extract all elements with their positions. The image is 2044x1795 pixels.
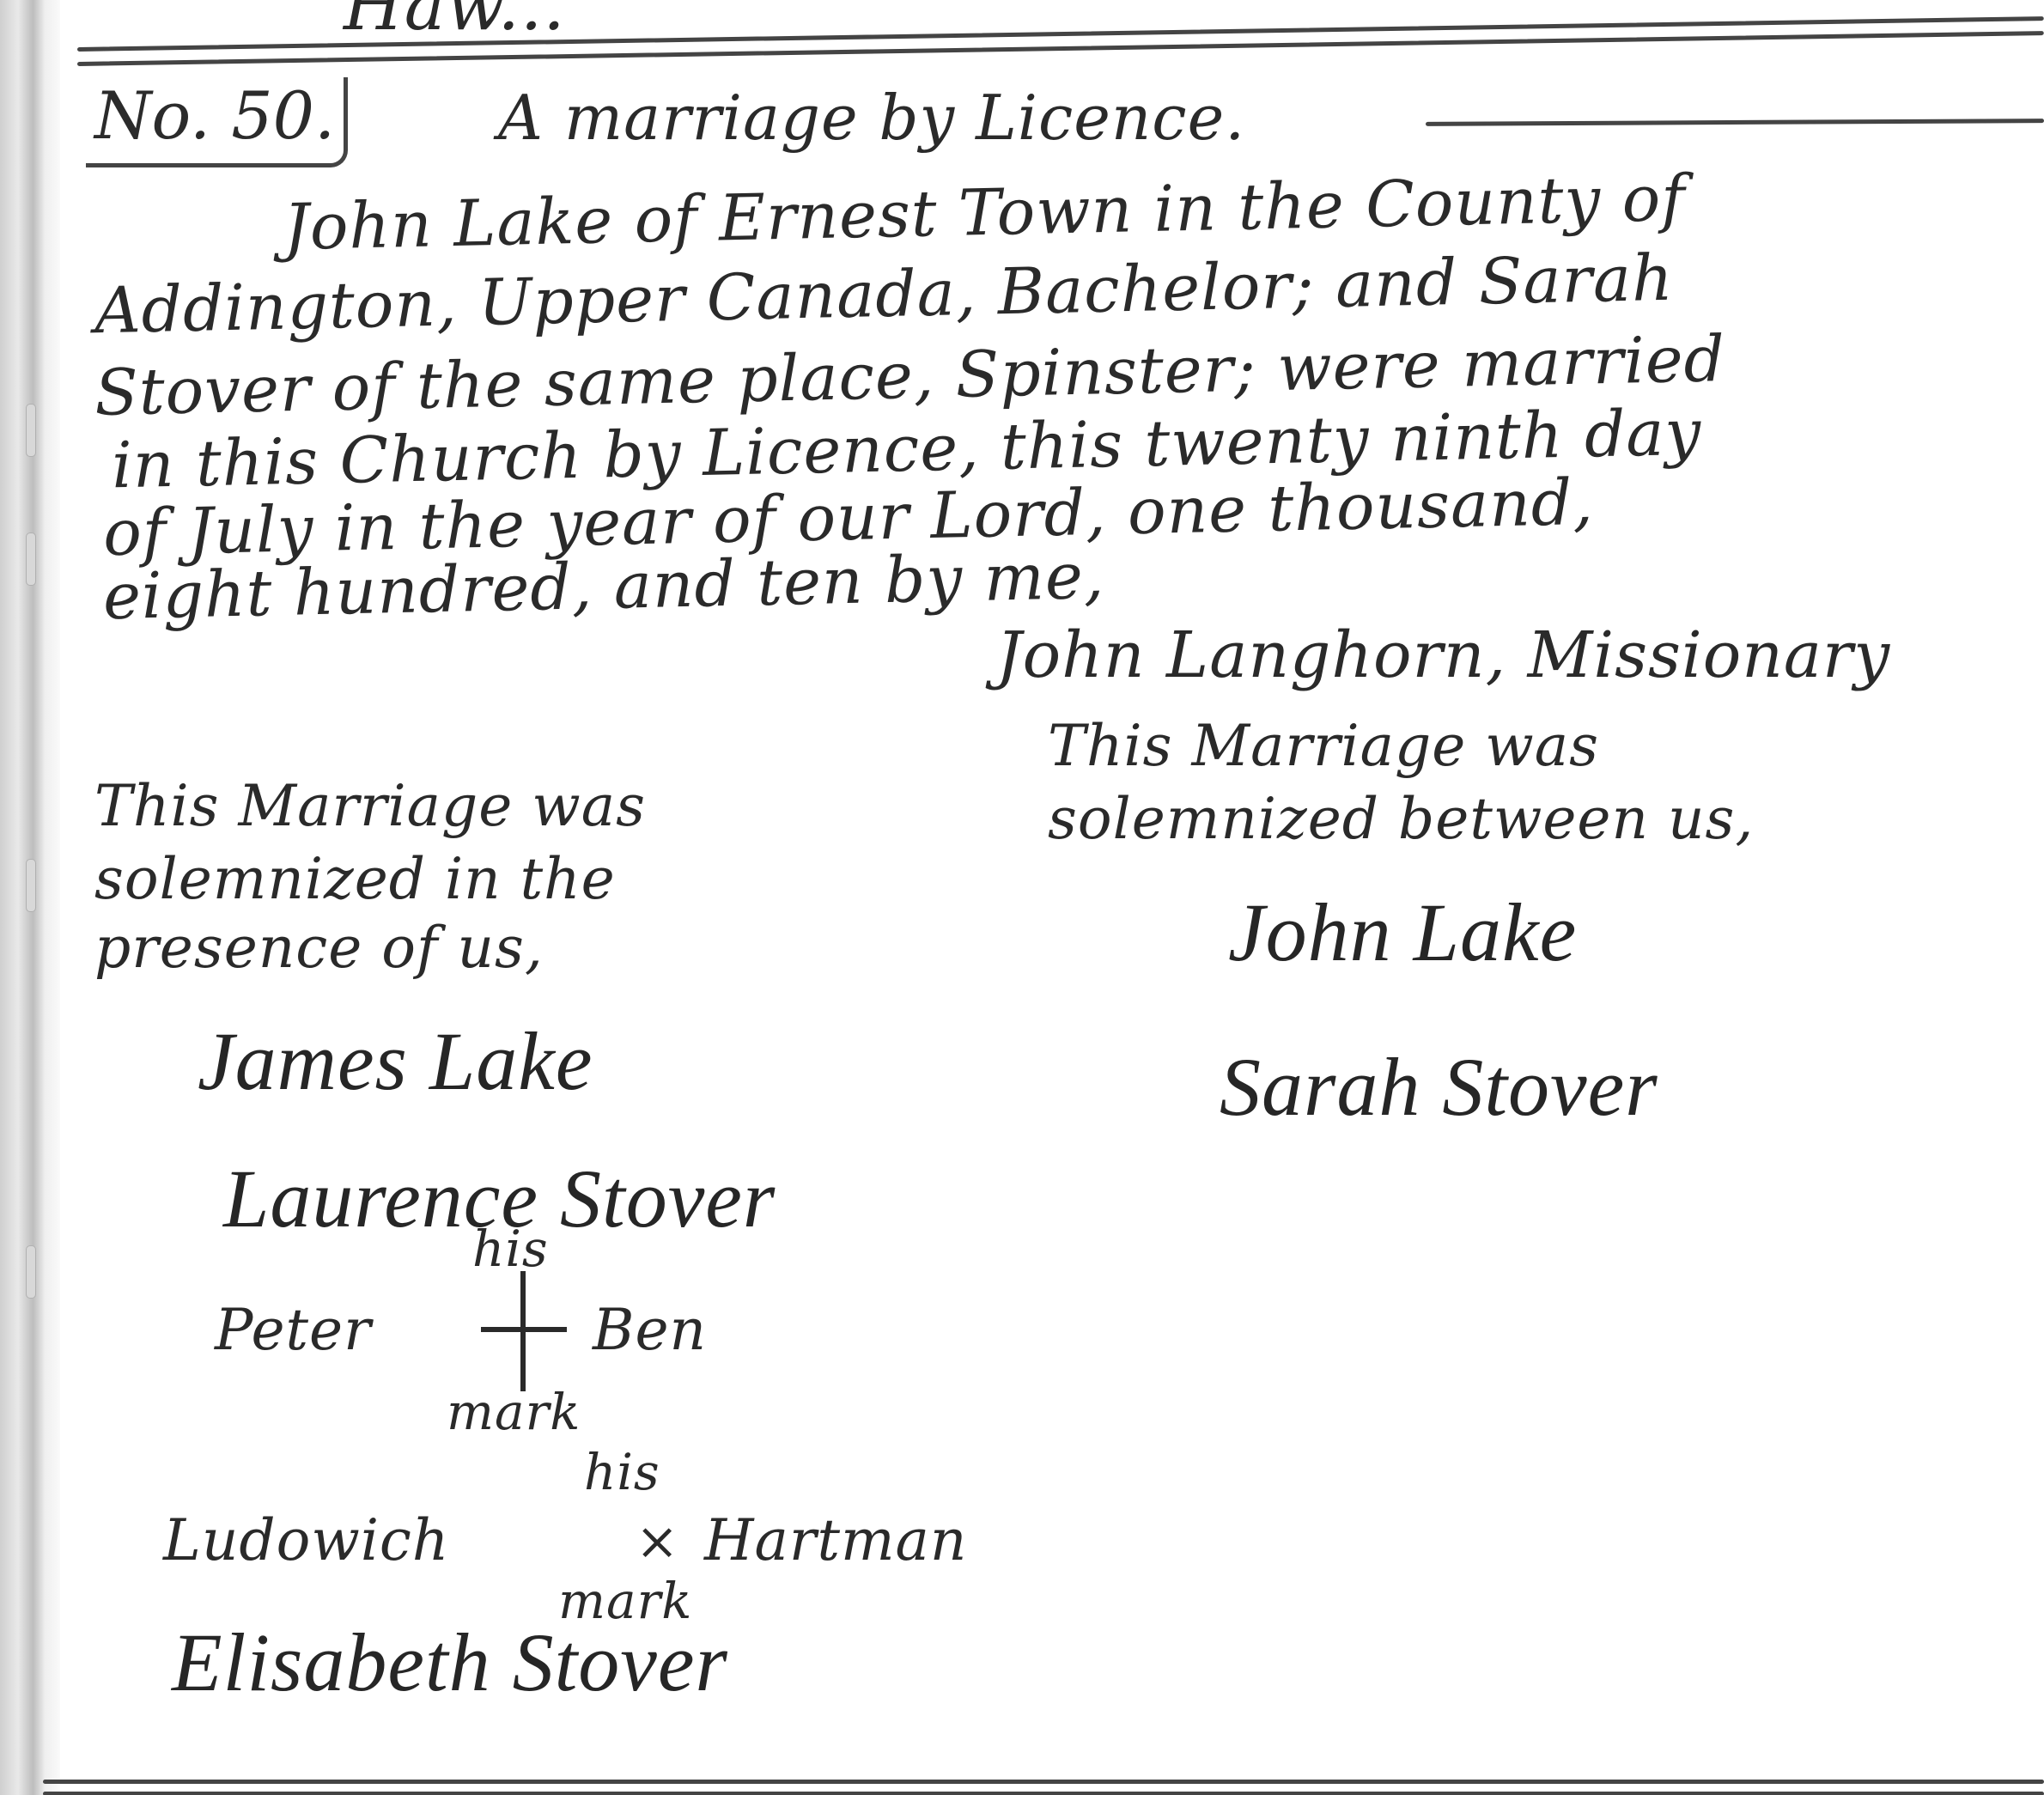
heading-rule <box>1426 119 2044 126</box>
parties-statement-line: solemnized between us, <box>1048 786 1754 852</box>
binding-stitch <box>26 1245 36 1299</box>
binding-stitch <box>26 532 36 586</box>
witness-last-name: Hartman <box>704 1507 967 1573</box>
parties-statement-line: This Marriage was <box>1048 713 1599 779</box>
previous-entry-fragment: Haw... <box>344 0 566 46</box>
bottom-rule <box>43 1780 2044 1784</box>
witness-statement-line: This Marriage was <box>94 773 646 839</box>
entry-number-box: No. 50. <box>86 77 348 167</box>
witness-first-name: Ludowich <box>163 1507 449 1573</box>
binding-stitch <box>26 859 36 912</box>
entry-heading: A marriage by Licence. <box>498 82 1245 154</box>
his-label: his <box>584 1443 660 1501</box>
x-mark-icon: × <box>636 1512 679 1572</box>
binding-stitch <box>26 404 36 457</box>
witness-signature: James Lake <box>198 1013 593 1109</box>
bride-signature: Sarah Stover <box>1220 1039 1658 1135</box>
bottom-rule-second <box>43 1792 2044 1795</box>
his-label: his <box>472 1220 549 1278</box>
witness-signature: Elisabeth Stover <box>172 1615 728 1710</box>
witness-last-name: Ben <box>593 1297 707 1363</box>
cross-mark-icon-bar <box>481 1327 567 1332</box>
groom-signature: John Lake <box>1228 885 1577 980</box>
mark-label: mark <box>447 1383 581 1441</box>
witness-statement-line: solemnized in the <box>94 846 616 912</box>
witness-statement-line: presence of us, <box>94 915 544 981</box>
witness-first-name: Peter <box>215 1297 372 1363</box>
entry-number: No. 50. <box>94 77 335 154</box>
officiant-signature: John Langhorn, Missionary <box>996 618 1890 692</box>
book-binding <box>0 0 60 1795</box>
